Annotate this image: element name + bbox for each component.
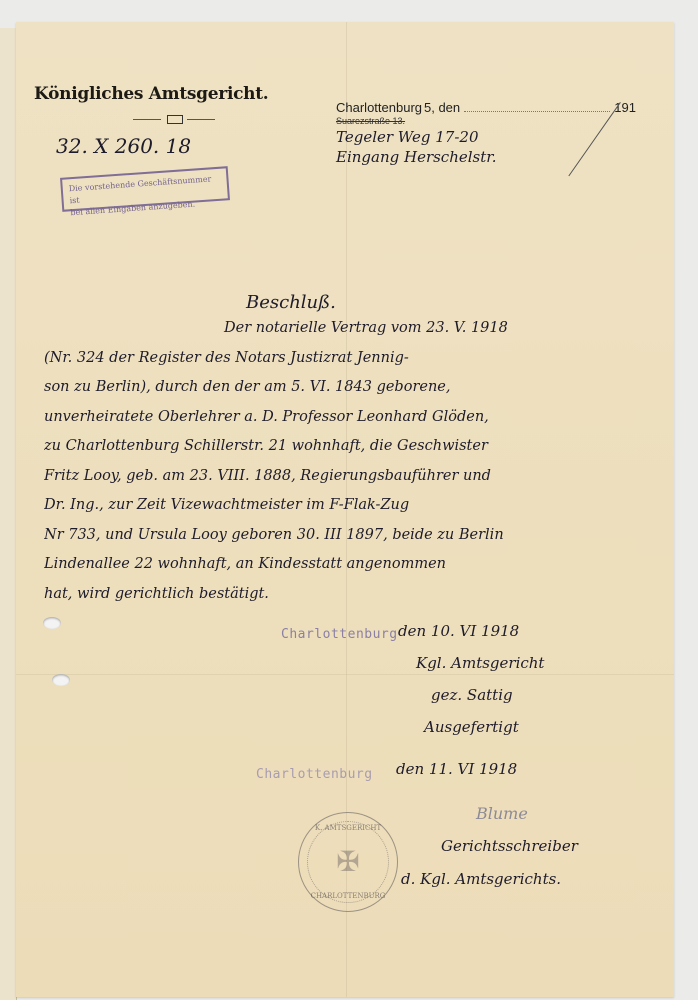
body-line: Dr. Ing., zur Zeit Vizewachtmeister im F… bbox=[44, 491, 664, 521]
issue-date: den 11. VI 1918 bbox=[396, 760, 517, 778]
reference-number: 32. X 260. 18 bbox=[56, 134, 191, 158]
punch-hole bbox=[52, 674, 70, 686]
document-page: Königliches Amtsgericht. Charlottenburg … bbox=[16, 22, 674, 997]
court-seal: K. AMTSGERICHT ✠ CHARLOTTENBURG bbox=[298, 812, 398, 912]
date-blank-dots bbox=[464, 101, 610, 112]
filing-number-stamp: Die vorstehende Geschäftsnummer ist bei … bbox=[60, 166, 230, 212]
eagle-emblem-icon: ✠ bbox=[299, 845, 397, 878]
place-suffix: 5, den bbox=[424, 100, 460, 115]
judge-signature: gez. Sattig bbox=[431, 686, 513, 704]
body-line: zu Charlottenburg Schillerstr. 21 wohnha… bbox=[44, 432, 664, 462]
year-prefix: 191 bbox=[614, 100, 636, 115]
seal-top-text: K. AMTSGERICHT bbox=[299, 824, 397, 832]
place-prefix: Charlottenburg bbox=[336, 100, 422, 115]
body-line: hat, wird gerichtlich bestätigt. bbox=[44, 580, 664, 610]
body-line: son zu Berlin), durch den der am 5. VI. … bbox=[44, 373, 664, 403]
body-line: unverheiratete Oberlehrer a. D. Professo… bbox=[44, 403, 664, 433]
body-line: Lindenallee 22 wohnhaft, an Kindesstatt … bbox=[44, 550, 664, 580]
street-handwritten: Tegeler Weg 17-20 bbox=[336, 128, 479, 146]
clerk-court: d. Kgl. Amtsgerichts. bbox=[401, 870, 561, 888]
document-heading: Beschluß. bbox=[246, 292, 336, 313]
clerk-title: Gerichtsschreiber bbox=[441, 837, 578, 855]
body-line: Der notarielle Vertrag vom 23. V. 1918 bbox=[44, 314, 664, 344]
body-line: (Nr. 324 der Register des Notars Justizr… bbox=[44, 344, 664, 374]
court-name: Kgl. Amtsgericht bbox=[416, 654, 544, 672]
punch-hole bbox=[43, 617, 61, 629]
place-stamp: Charlottenburg bbox=[256, 767, 373, 782]
clerk-pencil-signature: Blume bbox=[476, 804, 528, 823]
letterhead-ornament bbox=[133, 115, 218, 123]
body-line: Nr 733, und Ursula Looy geboren 30. III … bbox=[44, 521, 664, 551]
street-printed-struck: Suarezstraße 13. bbox=[336, 116, 405, 126]
body-line: Fritz Looy, geb. am 23. VIII. 1888, Regi… bbox=[44, 462, 664, 492]
issued-note: Ausgefertigt bbox=[424, 718, 519, 736]
fold-crease-horizontal bbox=[16, 674, 674, 675]
place-date-line: Charlottenburg 5, den 191 bbox=[336, 100, 636, 115]
letterhead-title: Königliches Amtsgericht. bbox=[34, 84, 268, 104]
resolution-body: Der notarielle Vertrag vom 23. V. 1918 (… bbox=[44, 314, 664, 609]
entrance-handwritten: Eingang Herschelstr. bbox=[336, 148, 497, 166]
signature-date: den 10. VI 1918 bbox=[398, 622, 519, 640]
place-stamp: Charlottenburg bbox=[281, 627, 398, 642]
underlying-sheet-edge bbox=[0, 28, 17, 1000]
seal-bottom-text: CHARLOTTENBURG bbox=[299, 892, 397, 900]
